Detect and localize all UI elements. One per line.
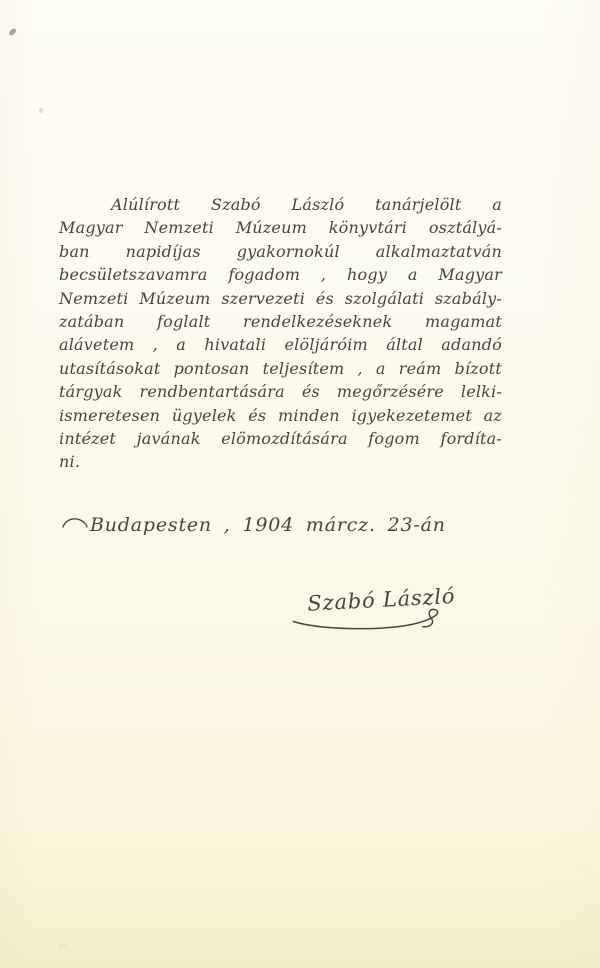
body-line: utasításokat pontosan teljesítem , a reá… — [59, 357, 502, 380]
dateline-row: Budapesten , 1904 márcz. 23-án — [62, 514, 446, 536]
document-page: Alúlírott Szabó László tanárjelölt a Mag… — [0, 0, 600, 968]
body-line: becsületszavamra fogadom , hogy a Magyar — [59, 263, 502, 286]
body-line: ban napidíjas gyakornokúl alkalmaztatván — [59, 240, 502, 263]
dateline-lead-flourish — [62, 517, 88, 529]
body-line: intézet javának elömozdítására fogom for… — [59, 427, 502, 450]
body-line: alávetem , a hivatali elöljáróim által a… — [59, 333, 502, 356]
body-line: zatában foglalt rendelkezéseknek magamat — [59, 310, 502, 333]
paper-speck — [39, 108, 43, 113]
dateline-text: Budapesten , 1904 márcz. 23-án — [90, 514, 446, 536]
body-line: Nemzeti Múzeum szervezeti és szolgálati … — [59, 287, 502, 310]
signature-block: Szabó László — [293, 584, 465, 642]
paper-speck — [58, 944, 67, 947]
body-line: tárgyak rendbentartására és megőrzésére … — [59, 380, 502, 403]
body-line: ni. — [59, 450, 502, 473]
body-line: ismeretesen ügyelek és minden igyekezete… — [59, 404, 502, 427]
body-line: Magyar Nemzeti Múzeum könyvtári osztályá… — [59, 216, 502, 239]
body-line: Alúlírott Szabó László tanárjelölt a — [59, 193, 502, 216]
paper-speck — [8, 27, 17, 36]
declaration-text: Alúlírott Szabó László tanárjelölt a Mag… — [59, 193, 502, 474]
